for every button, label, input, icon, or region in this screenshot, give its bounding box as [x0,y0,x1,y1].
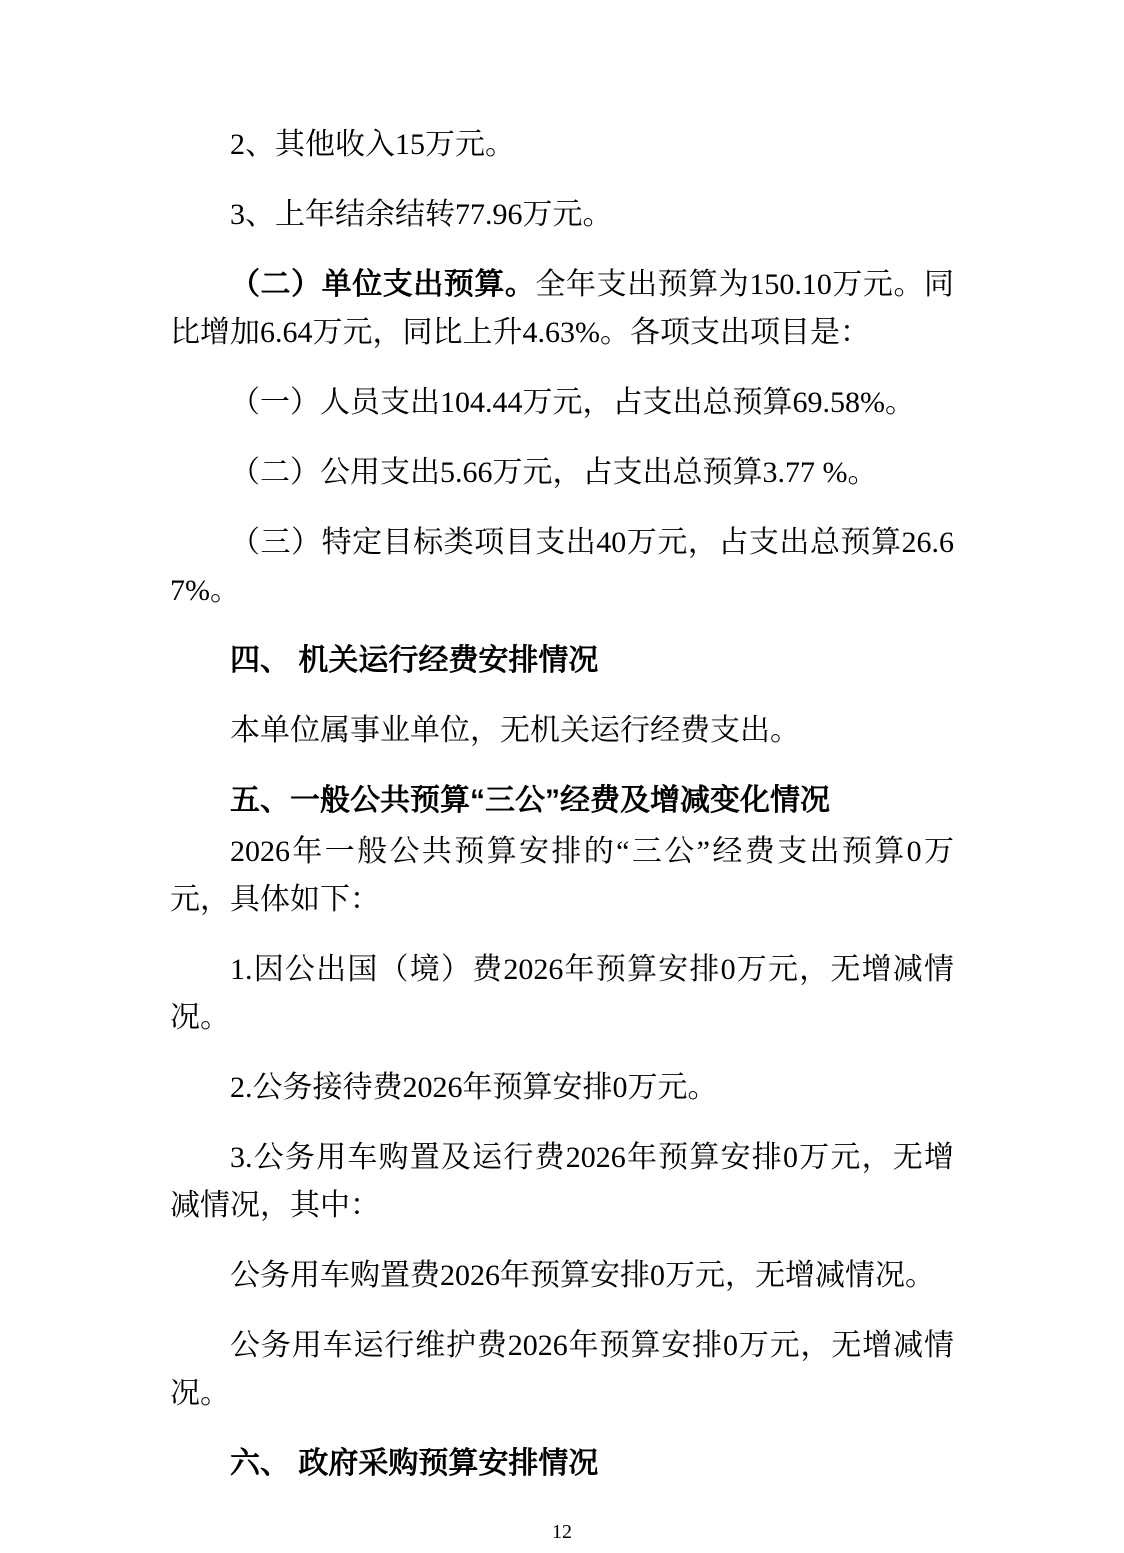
page-number: 12 [170,1518,954,1546]
paragraph-official-reception-fee: 2.公务接待费2026年预算安排0万元。 [170,1064,954,1112]
paragraph-other-income: 2、其他收入15万元。 [170,121,954,169]
expenditure-budget-lead: （二）单位支出预算。 [230,268,535,301]
paragraph-personnel-expenditure: （一）人员支出104.44万元，占支出总预算69.58%。 [170,379,954,427]
section-heading-government-procurement: 六、 政府采购预算安排情况 [170,1440,954,1488]
paragraph-public-expenditure: （二）公用支出5.66万元，占支出总预算3.77 %。 [170,449,954,497]
document-page: 2、其他收入15万元。 3、上年结余结转77.96万元。 （二）单位支出预算。全… [0,0,1124,1553]
paragraph-three-public-budget: 2026年一般公共预算安排的“三公”经费支出预算0万元，具体如下： [170,828,954,924]
paragraph-vehicle-purchase-fee: 公务用车购置费2026年预算安排0万元，无增减情况。 [170,1252,954,1300]
paragraph-vehicle-purchase-operation-fee: 3.公务用车购置及运行费2026年预算安排0万元，无增减情况，其中： [170,1134,954,1230]
section-heading-operating-funds: 四、 机关运行经费安排情况 [170,637,954,685]
paragraph-vehicle-maintenance-fee: 公务用车运行维护费2026年预算安排0万元，无增减情况。 [170,1322,954,1418]
paragraph-carryover-balance: 3、上年结余结转77.96万元。 [170,191,954,239]
section-heading-three-public-funds: 五、一般公共预算“三公”经费及增减变化情况 [170,777,954,825]
paragraph-operating-funds-statement: 本单位属事业单位，无机关运行经费支出。 [170,707,954,755]
paragraph-overseas-trips-fee: 1.因公出国（境）费2026年预算安排0万元，无增减情况。 [170,946,954,1042]
paragraph-expenditure-budget: （二）单位支出预算。全年支出预算为150.10万元。同比增加6.64万元，同比上… [170,261,954,357]
paragraph-project-expenditure: （三）特定目标类项目支出40万元，占支出总预算26.67%。 [170,519,954,615]
